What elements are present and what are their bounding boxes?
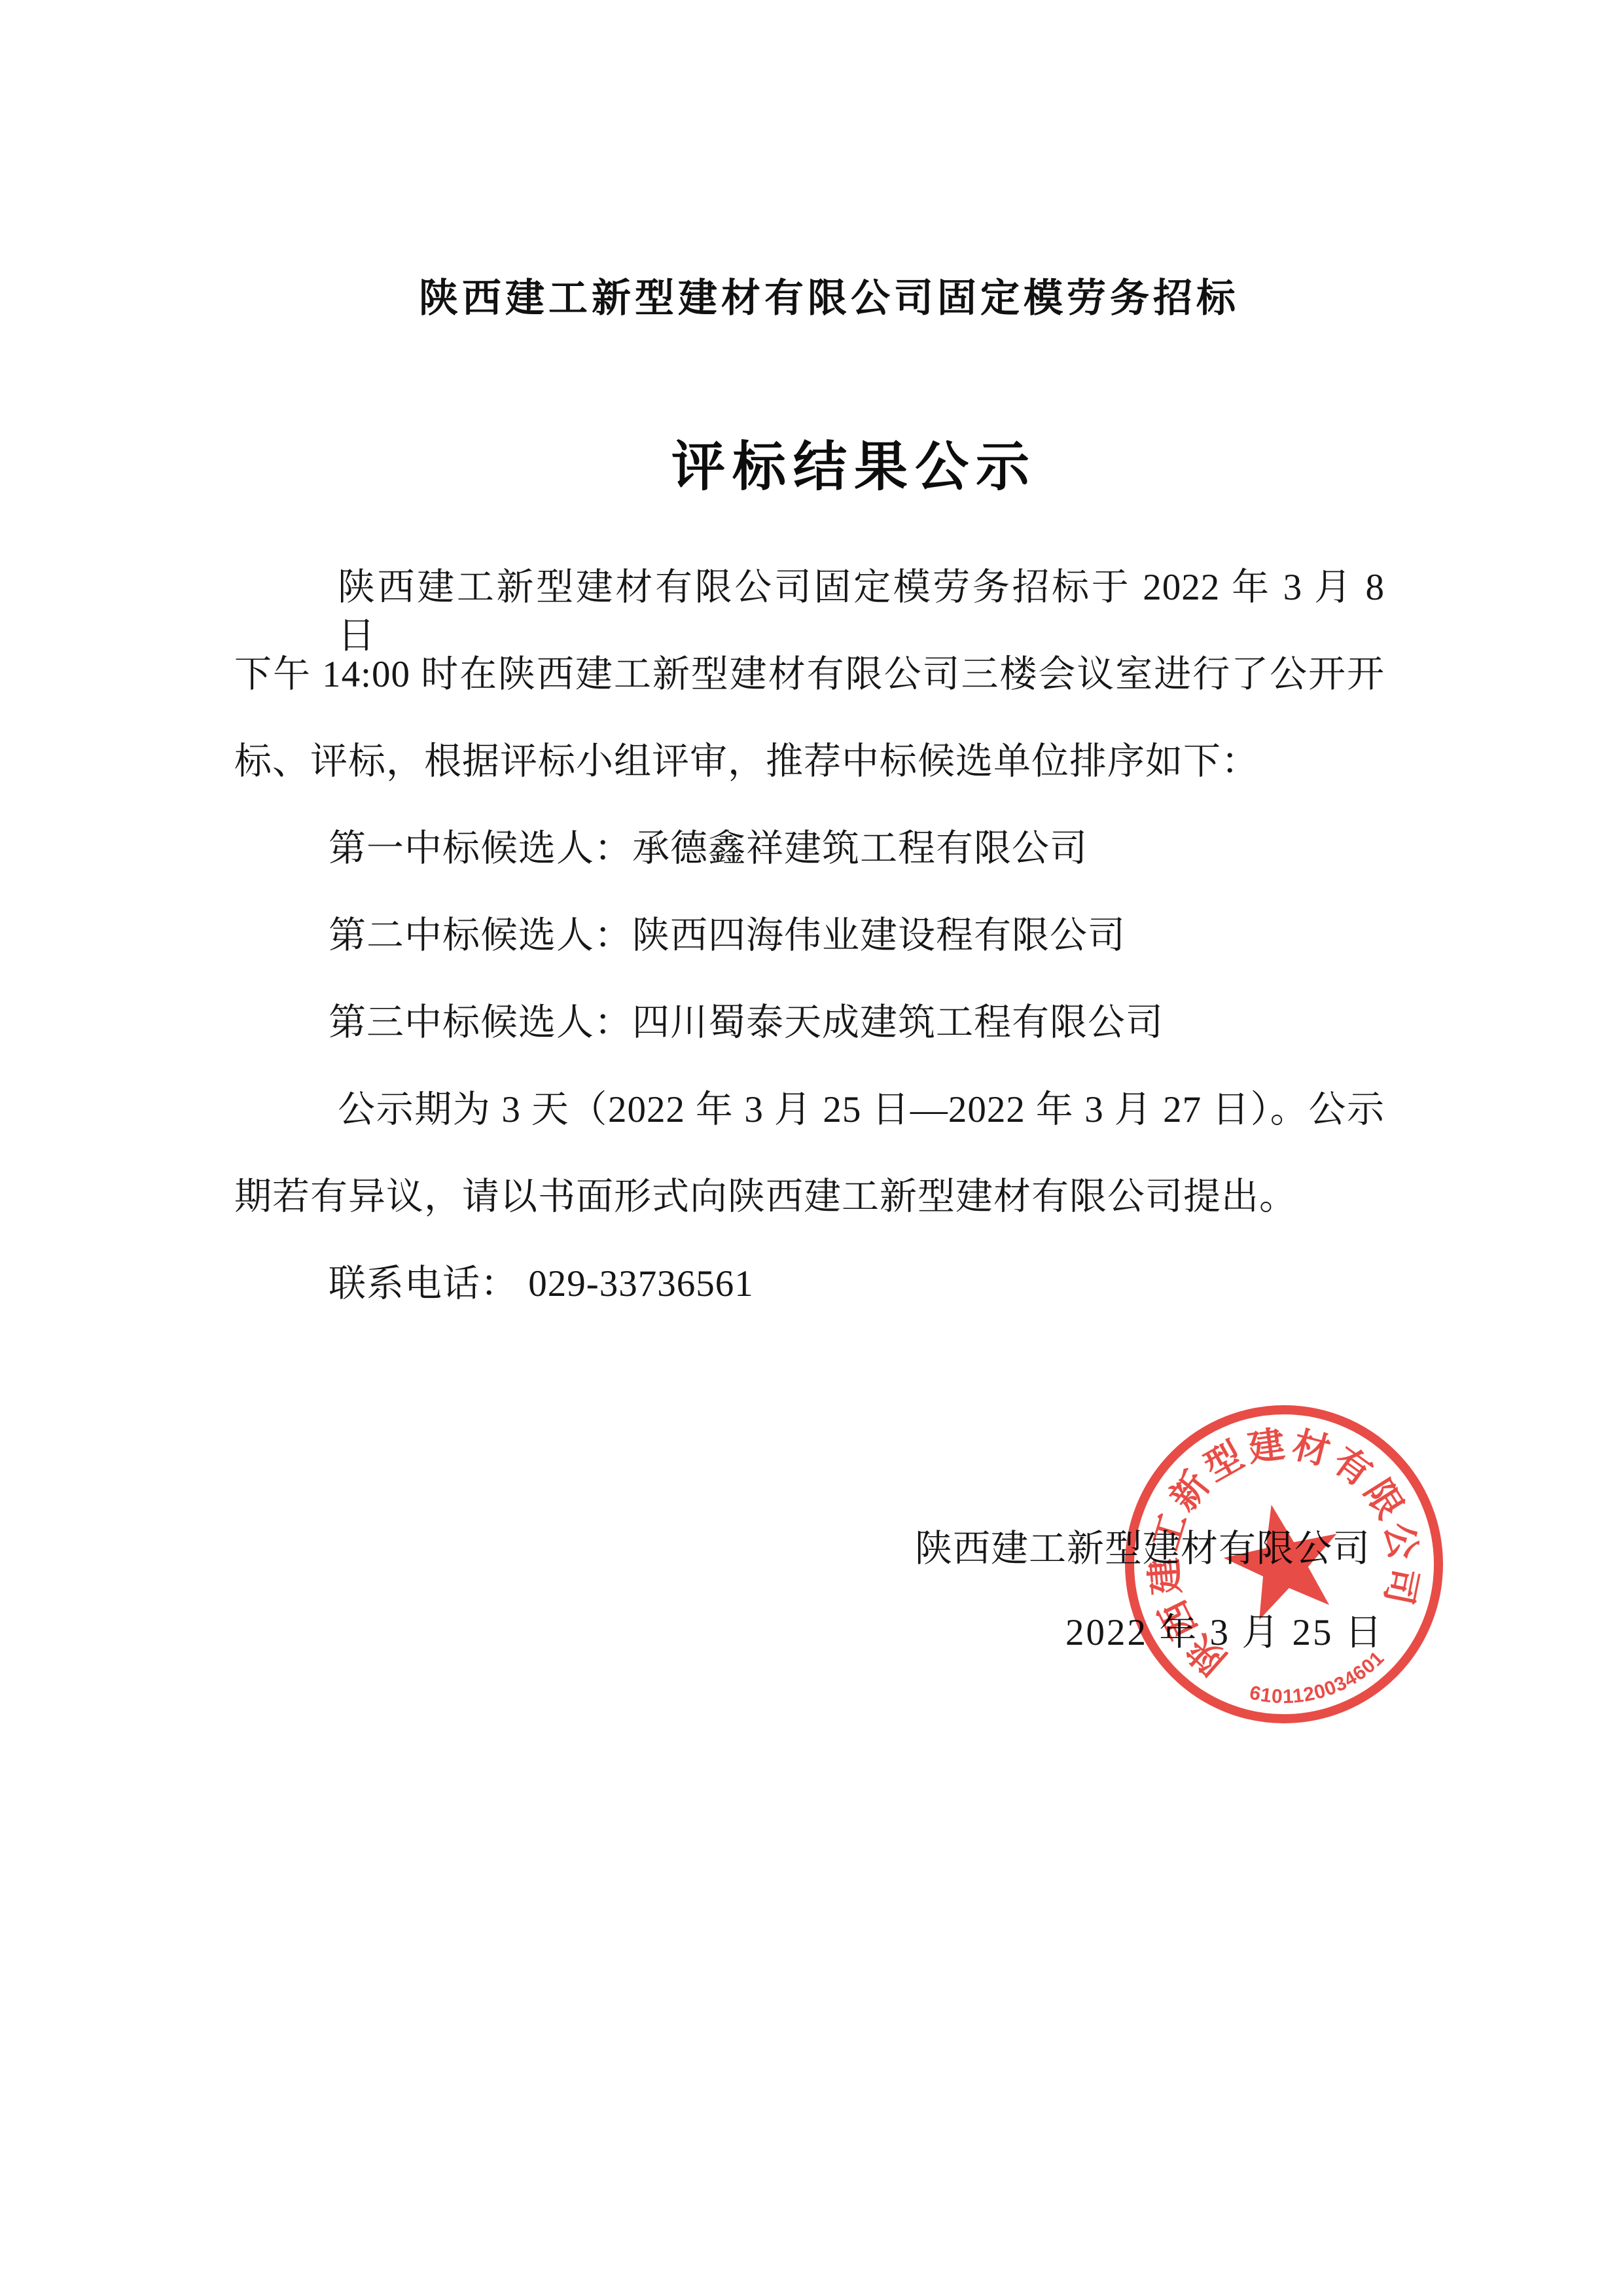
body-line: 标、评标，根据评标小组评审，推荐中标候选单位排序如下：	[234, 738, 1385, 786]
seal-star-icon	[1224, 1505, 1337, 1620]
body-line: 陕西建工新型建材有限公司固定模劳务招标于 2022 年 3 月 8 日	[234, 564, 1385, 660]
body-line: 下午 14:00 时在陕西建工新型建材有限公司三楼会议室进行了公开开	[234, 651, 1385, 699]
document-header-title: 陕西建工新型建材有限公司固定模劳务招标	[419, 267, 1240, 323]
body-line-candidate-2: 第二中标候选人：陕西四海伟业建设程有限公司	[234, 912, 1479, 960]
document-page: 陕西建工新型建材有限公司固定模劳务招标 评标结果公示 陕西建工新型建材有限公司固…	[0, 0, 1623, 2296]
body-line: 期若有异议，请以书面形式向陕西建工新型建材有限公司提出。	[234, 1173, 1385, 1221]
body-line-candidate-1: 第一中标候选人：承德鑫祥建筑工程有限公司	[234, 825, 1479, 873]
body-line-contact-phone: 联系电话： 029-33736561	[234, 1260, 1479, 1308]
body-line: 公示期为 3 天（2022 年 3 月 25 日—2022 年 3 月 27 日…	[234, 1086, 1385, 1134]
official-seal: 陕西建工新型建材有限公司 6101120034601	[1123, 1403, 1445, 1725]
page-title: 评标结果公示	[671, 424, 1037, 501]
body-line-candidate-3: 第三中标候选人：四川蜀泰天成建筑工程有限公司	[234, 999, 1479, 1047]
